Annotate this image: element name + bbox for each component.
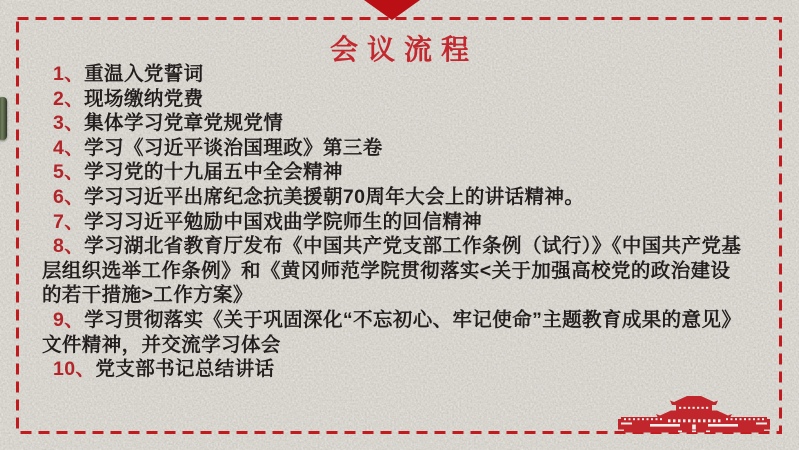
agenda-item-text: 学习习近平勉励中国戏曲学院师生的回信精神 bbox=[84, 211, 482, 233]
agenda-item: 7、学习习近平勉励中国戏曲学院师生的回信精神 bbox=[42, 210, 744, 235]
agenda-item-number: 1、 bbox=[53, 63, 84, 85]
agenda-item-number: 6、 bbox=[53, 186, 84, 208]
agenda-item-text: 学习贯彻落实《关于巩固深化“不忘初心、牢记使命”主题教育成果的意见》文件精神，并… bbox=[42, 309, 741, 356]
agenda-item-number: 2、 bbox=[53, 88, 84, 110]
agenda-item-text: 重温入党誓词 bbox=[84, 63, 203, 85]
agenda-item: 4、学习《习近平谈治国理政》第三卷 bbox=[42, 136, 744, 161]
agenda-item-text: 集体学习党章党规党情 bbox=[84, 112, 283, 134]
agenda-list: 1、重温入党誓词2、现场缴纳党费3、集体学习党章党规党情4、学习《习近平谈治国理… bbox=[42, 62, 744, 382]
agenda-item-number: 8、 bbox=[53, 235, 84, 257]
agenda-item-number: 5、 bbox=[53, 161, 84, 183]
agenda-item: 5、学习党的十九届五中全会精神 bbox=[42, 160, 744, 185]
agenda-item-number: 3、 bbox=[53, 112, 84, 134]
agenda-item: 1、重温入党誓词 bbox=[42, 62, 744, 87]
agenda-item: 10、党支部书记总结讲话 bbox=[42, 357, 744, 382]
agenda-item-number: 7、 bbox=[53, 211, 84, 233]
agenda-item: 8、学习湖北省教育厅发布《中国共产党支部工作条例（试行）》《中国共产党基层组织选… bbox=[42, 234, 744, 308]
left-edge-handle[interactable] bbox=[0, 97, 7, 140]
agenda-item-number: 4、 bbox=[53, 137, 84, 159]
tiananmen-icon bbox=[614, 395, 774, 435]
agenda-item-text: 学习习近平出席纪念抗美援朝70周年大会上的讲话精神。 bbox=[84, 186, 584, 208]
agenda-item-text: 现场缴纳党费 bbox=[84, 88, 203, 110]
agenda-item-text: 学习湖北省教育厅发布《中国共产党支部工作条例（试行）》《中国共产党基层组织选举工… bbox=[42, 235, 741, 306]
agenda-item-text: 党支部书记总结讲话 bbox=[95, 358, 274, 380]
agenda-item-number: 10、 bbox=[53, 358, 95, 380]
agenda-item-text: 学习党的十九届五中全会精神 bbox=[84, 161, 343, 183]
agenda-item: 9、学习贯彻落实《关于巩固深化“不忘初心、牢记使命”主题教育成果的意见》文件精神… bbox=[42, 308, 744, 357]
agenda-item: 2、现场缴纳党费 bbox=[42, 87, 744, 112]
agenda-item: 6、学习习近平出席纪念抗美援朝70周年大会上的讲话精神。 bbox=[42, 185, 744, 210]
down-triangle-icon bbox=[364, 0, 420, 20]
agenda-item-text: 学习《习近平谈治国理政》第三卷 bbox=[84, 137, 383, 159]
agenda-item: 3、集体学习党章党规党情 bbox=[42, 111, 744, 136]
agenda-item-number: 9、 bbox=[53, 309, 84, 331]
